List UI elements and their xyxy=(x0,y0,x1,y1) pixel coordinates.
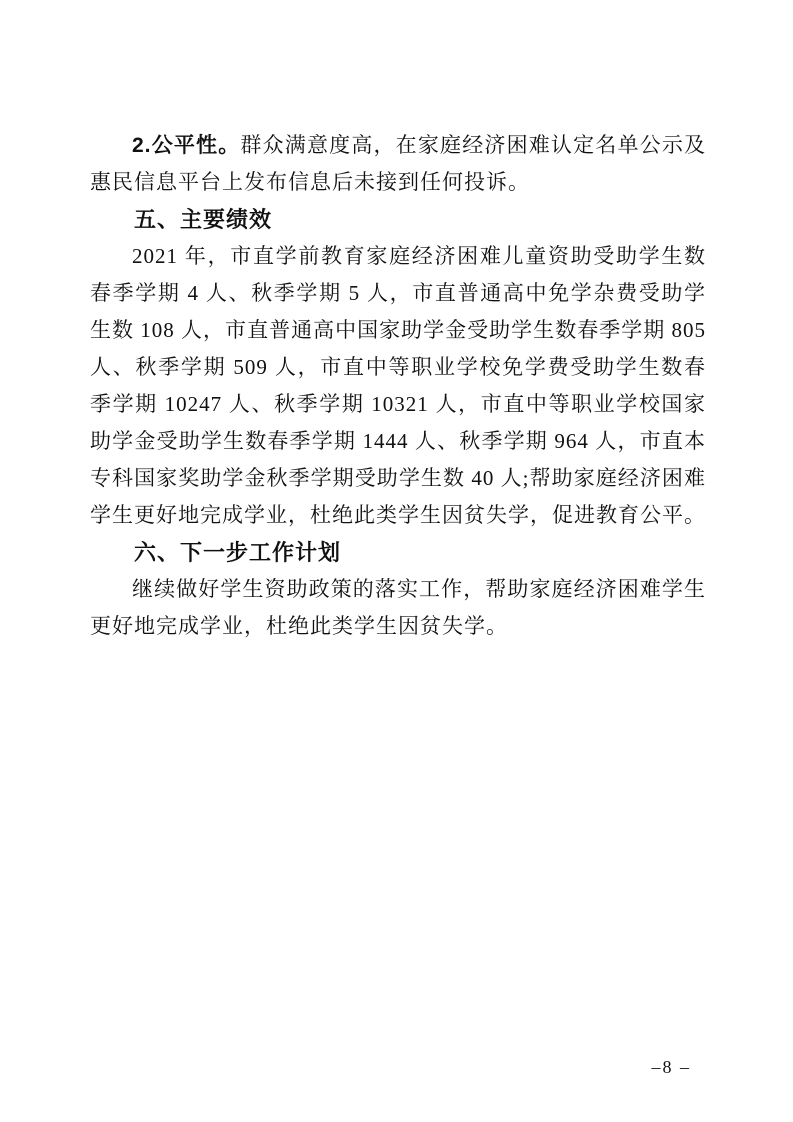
document-page: 2.公平性。群众满意度高，在家庭经济困难认定名单公示及惠民信息平台上发布信息后未… xyxy=(0,0,793,1122)
document-content: 2.公平性。群众满意度高，在家庭经济困难认定名单公示及惠民信息平台上发布信息后未… xyxy=(90,127,706,645)
heading-next-steps: 六、下一步工作计划 xyxy=(90,534,706,571)
paragraph-fairness: 2.公平性。群众满意度高，在家庭经济困难认定名单公示及惠民信息平台上发布信息后未… xyxy=(90,127,706,201)
page-number: –8 – xyxy=(652,1056,692,1078)
heading-main-performance: 五、主要绩效 xyxy=(90,201,706,238)
paragraph-performance: 2021 年，市直学前教育家庭经济困难儿童资助受助学生数春季学期 4 人、秋季学… xyxy=(90,238,706,534)
paragraph-next-steps: 继续做好学生资助政策的落实工作，帮助家庭经济困难学生更好地完成学业，杜绝此类学生… xyxy=(90,571,706,645)
paragraph-fairness-lead: 2.公平性。 xyxy=(132,134,240,157)
